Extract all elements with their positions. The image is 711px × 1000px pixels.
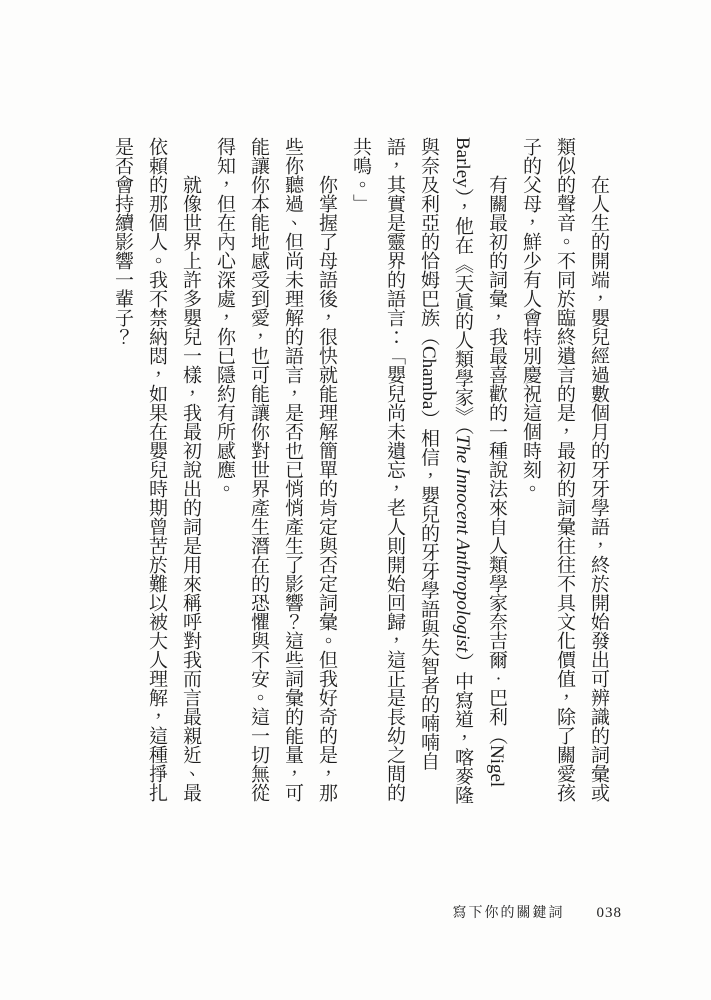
paragraph-1: 在人生的開端，嬰兒經過數個月的牙牙學語，終於開始發出可辨識的詞彙或類似的聲音。不… bbox=[513, 137, 615, 805]
page-footer: 寫下你的關鍵詞 038 bbox=[453, 902, 623, 922]
text-run: 你掌握了母語後，很快就能理解簡單的肯定與否定詞彙。但我好奇的是，那些你聽過、但尚… bbox=[214, 137, 337, 802]
text-run: ），他在《天眞的人類學家》（ bbox=[452, 188, 473, 435]
running-title: 寫下你的關鍵詞 bbox=[453, 902, 565, 922]
book-title-latin-run: The Innocent Anthropologist bbox=[452, 435, 473, 652]
text-run: 有關最初的詞彙，我最喜歡的一種說法來自人類學家奈吉爾．巴利（ bbox=[486, 175, 507, 745]
paragraph-4: 就像世界上許多嬰兒一樣，我最初說出的詞是用來稱呼對我而言最親近、最依賴的那個人。… bbox=[105, 137, 207, 805]
book-page: 在人生的開端，嬰兒經過數個月的牙牙學語，終於開始發出可辨識的詞彙或類似的聲音。不… bbox=[0, 0, 711, 1000]
tribe-name-latin-run: Chamba bbox=[418, 346, 439, 409]
page-number: 038 bbox=[597, 905, 623, 922]
text-run: 就像世界上許多嬰兒一樣，我最初說出的詞是用來稱呼對我而言最親近、最依賴的那個人。… bbox=[112, 137, 201, 802]
paragraph-2: 有關最初的詞彙，我最喜歡的一種說法來自人類學家奈吉爾．巴利（Nigel Barl… bbox=[343, 137, 513, 805]
paragraph-3: 你掌握了母語後，很快就能理解簡單的肯定與否定詞彙。但我好奇的是，那些你聽過、但尚… bbox=[207, 137, 343, 805]
body-text-block: 在人生的開端，嬰兒經過數個月的牙牙學語，終於開始發出可辨識的詞彙或類似的聲音。不… bbox=[105, 137, 615, 805]
text-run: 在人生的開端，嬰兒經過數個月的牙牙學語，終於開始發出可辨識的詞彙或類似的聲音。不… bbox=[520, 137, 609, 802]
